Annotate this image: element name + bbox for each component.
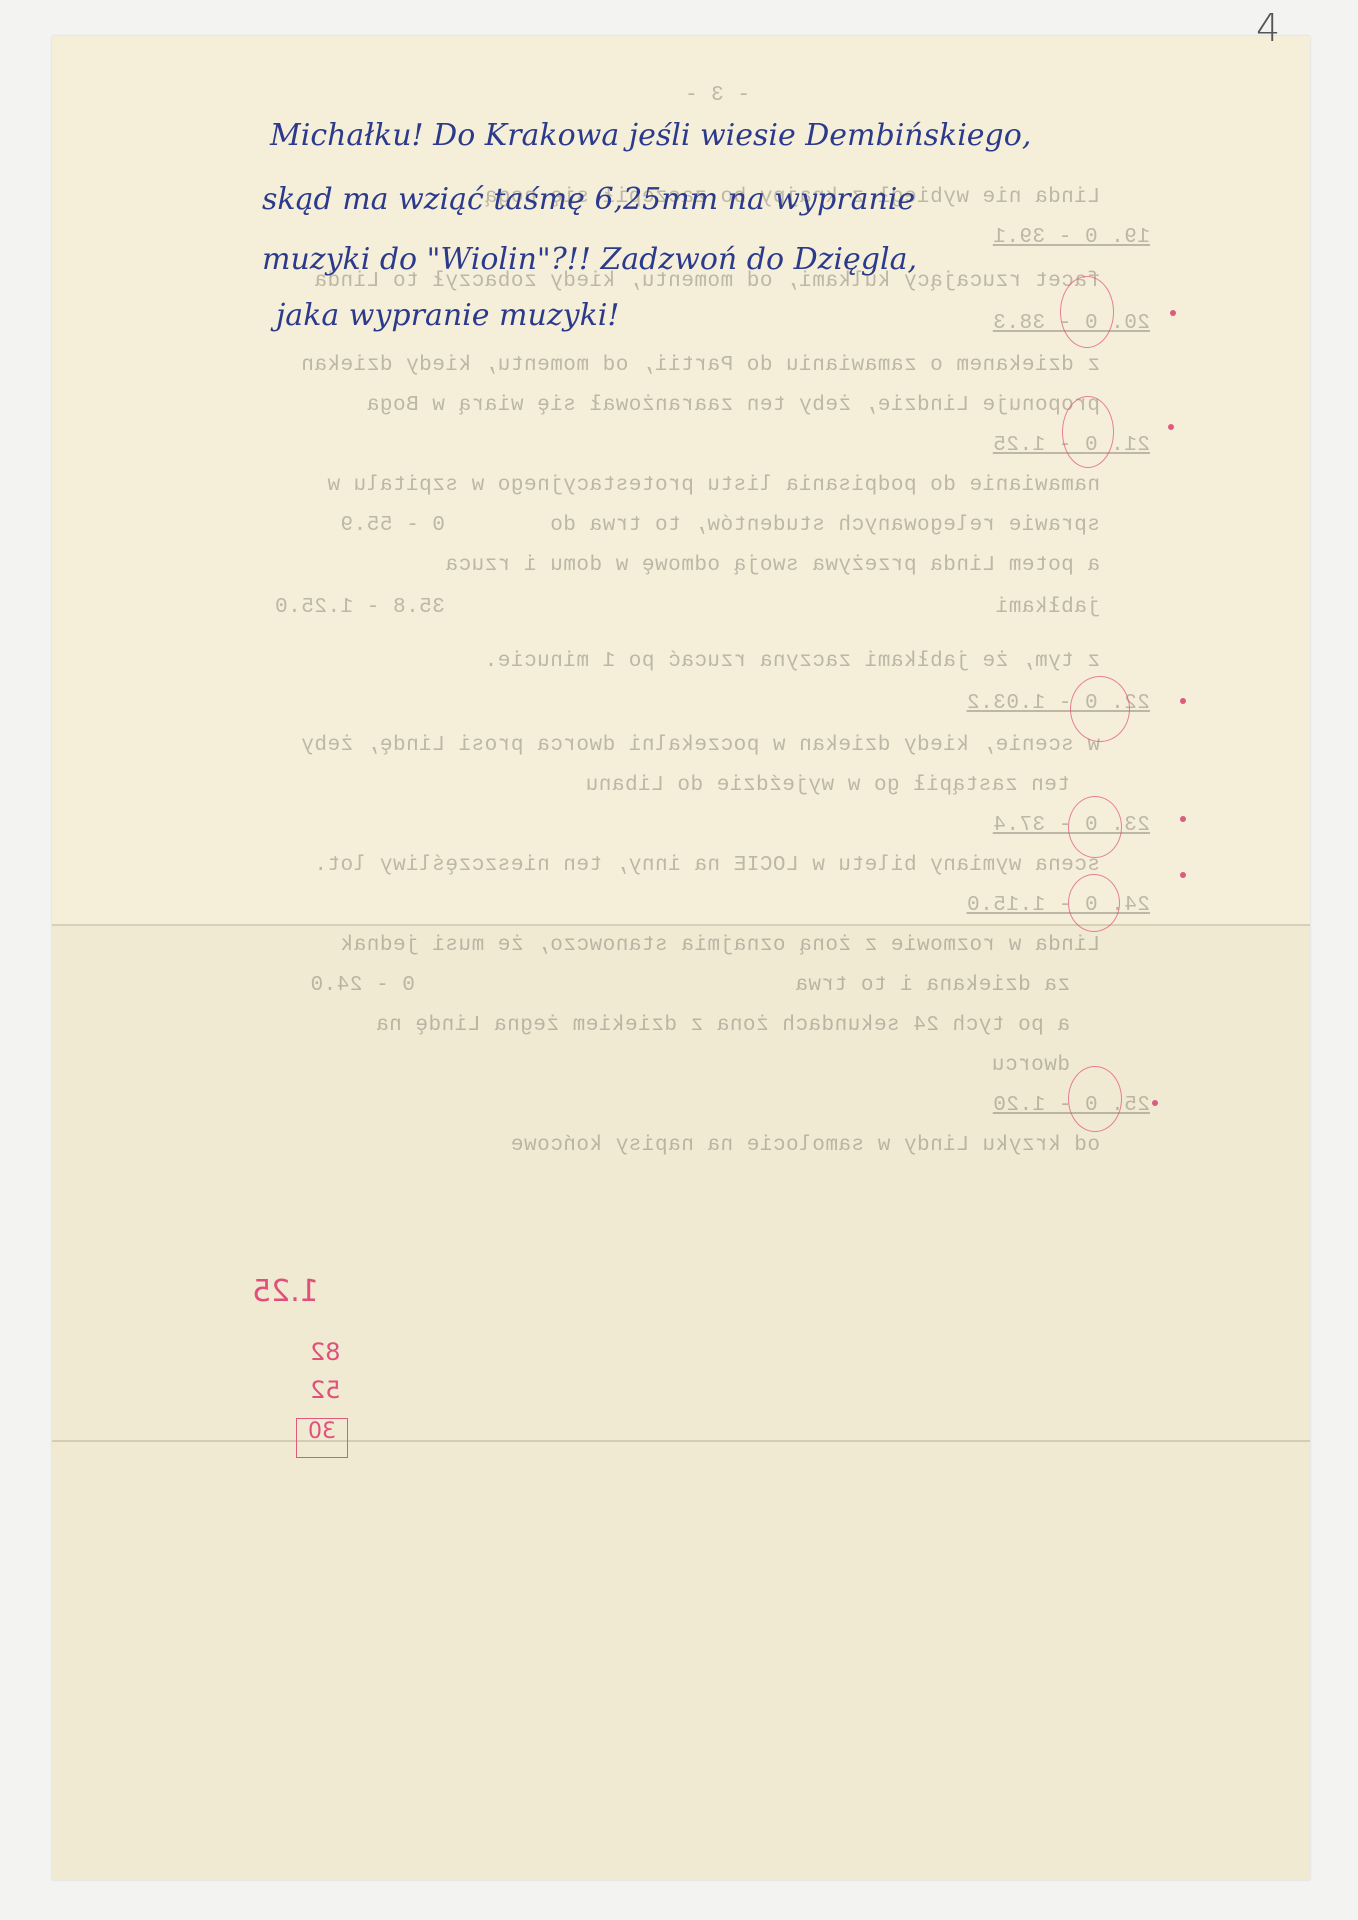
typed-line: w scenie, kiedy dziekan w poczekalni dwo…: [301, 734, 1100, 757]
red-circle-mark: [1068, 874, 1120, 932]
document-page: - 3 - Linda nie wybiegł z knajpy bo zacz…: [52, 36, 1310, 1880]
red-total-mirrored: 1.25: [252, 1274, 319, 1309]
red-dot-mark: [1152, 1100, 1158, 1106]
red-number: 52: [310, 1376, 341, 1404]
handwritten-line: jaka wypranie muzyki!: [276, 298, 619, 333]
typed-line: dworcu: [991, 1054, 1070, 1077]
typed-line: a po tych 24 sekundach żona z dziekiem ż…: [376, 1014, 1070, 1037]
header-page-number: - 3 -: [684, 84, 750, 107]
typed-line: 19. 0 - 39.1: [993, 226, 1150, 249]
typed-line: sprawie relegowanych studentów, to trwa …: [340, 514, 1100, 537]
red-circle-mark: [1060, 276, 1114, 348]
handwritten-line: skąd ma wziąć taśmę 6,25mm na wypranie: [262, 182, 915, 217]
red-circle-mark: [1068, 1066, 1122, 1132]
red-circle-mark: [1068, 796, 1122, 858]
typed-line: od krzyku Lindy w samolocie na napisy ko…: [510, 1134, 1100, 1157]
typed-line: proponuje Lindzie, żeby ten zaaranżował …: [366, 394, 1100, 417]
bleed-through-typed-text: - 3 - Linda nie wybiegł z knajpy bo zacz…: [52, 36, 1310, 1880]
red-dot-mark: [1180, 872, 1186, 878]
red-number: 82: [310, 1338, 341, 1366]
typed-line: z tym, że jabłkami zaczyna rzucać po 1 m…: [484, 650, 1100, 673]
typed-line: scena wymiany biletu w LOCIE na inny, te…: [314, 854, 1100, 877]
red-dot-mark: [1180, 816, 1186, 822]
typed-line: jabłkami 35.8 - 1.25.0: [275, 596, 1100, 619]
typed-line: a potem Linda przeżywa swoją odmowę w do…: [445, 554, 1100, 577]
handwritten-line: Michałku! Do Krakowa jeśli wiesie Dembiń…: [270, 118, 1031, 153]
red-dot-mark: [1168, 424, 1174, 430]
typed-line: Linda w rozmowie z żoną oznajmia stanowc…: [340, 934, 1100, 957]
typed-line: namawianie do podpisania listu protestac…: [327, 474, 1100, 497]
red-circle-mark: [1062, 396, 1114, 468]
handwritten-line: muzyki do "Wiolin"?!! Zadzwoń do Dzięgla…: [262, 242, 917, 277]
typed-line: z dziekanem o zamawianiu do Partii, od m…: [301, 354, 1100, 377]
red-dot-mark: [1170, 310, 1176, 316]
red-circle-mark: [1070, 676, 1130, 742]
typed-line: 24. 0 - 1.15.0: [967, 894, 1150, 917]
page-number: 4: [1256, 6, 1280, 50]
typed-line: za dziekana i to trwa 0 - 24.0: [310, 974, 1070, 997]
typed-line: ten zastąpił go w wyjeździe do Libanu: [585, 774, 1070, 797]
red-dot-mark: [1180, 698, 1186, 704]
red-boxed-number: 30: [296, 1418, 348, 1458]
